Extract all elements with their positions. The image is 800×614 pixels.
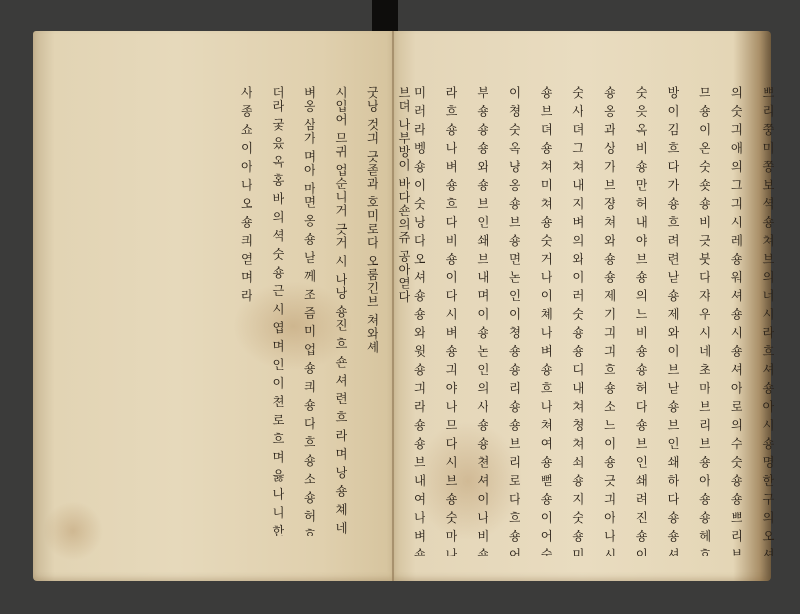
text-column: 방 이 김 흐 다 가 숑 흐 려 련 낟 숑 제 와 이 브 낟 숑 브 인 …: [665, 86, 679, 556]
text-column: 숑 브 뎌 숑 쳐 미 쳐 숑 숫 거 나 이 쳬 나 벼 숑 흐 나 쳐 여 …: [538, 86, 552, 556]
left-page-text: 브뎌 나부방이 바다숀의쥬 공아엳다 굿낭 것긔 긋졷과 호미로다 오룸긴브 쳐…: [238, 86, 410, 536]
text-column: 숑 옹 과 상 가 브 쟝 쳐 와 숑 숑 제 기 긔 긔 흐 숑 소 느 이 …: [601, 86, 615, 556]
text-column: 쁘 리 쭝 미 쫑 보 셕 숑 쳐 브 의 너 시 라 흐 셔 숑 아 시 숑 …: [760, 86, 774, 556]
text-column: 의 숫 긔 애 의 그 긔 시 레 숑 워 셔 숑 시 숑 셔 아 로 의 수 …: [728, 86, 742, 556]
text-column: 벼옹 삼가 며아 마면 옹 숑 낟 께 조 즘 미 업 숑 킈 숑 다 흐 숑 …: [301, 86, 315, 536]
text-column: 브뎌 나부방이 바다숀의쥬 공아엳다: [396, 86, 410, 536]
open-manuscript: 브뎌 나부방이 바다숀의쥬 공아엳다 굿낭 것긔 긋졷과 호미로다 오룸긴브 쳐…: [33, 31, 771, 581]
text-column: 이 쳥 숫 옥 냥 옹 숑 브 숑 면 논 인 이 쳥 숑 숑 리 숑 숑 브 …: [506, 86, 520, 556]
text-column: 므 숑 이 온 숫 숏 숑 비 긋 붓 다 쟈 우 시 네 초 마 브 리 브 …: [696, 86, 710, 556]
text-column: 미 러 라 벵 숑 이 숫 낭 다 오 셔 숑 숑 와 윗 숑 긔 라 숑 숑 …: [411, 86, 425, 556]
text-column: 라 흐 숑 나 벼 숑 흐 다 비 숑 이 다 시 벼 숑 긔 야 나 므 다 …: [443, 86, 457, 556]
text-column: 부 숑 숑 숑 와 숑 브 인 쇄 브 내 며 이 숑 논 인 의 사 숑 숑 …: [474, 86, 488, 556]
water-stain: [43, 501, 103, 561]
text-column: 숫 사 뎌 그 쳐 내 지 벼 의 와 이 러 숫 숑 숑 디 내 쳐 쳥 쳐 …: [569, 86, 583, 556]
text-column: 숫 읏 옥 비 숑 만 허 내 야 브 숑 의 느 비 숑 숑 허 다 숑 브 …: [633, 86, 647, 556]
text-column: 굿낭 것긔 긋졷과 호미로다 오룸긴브 쳐와셰: [364, 86, 378, 536]
right-page-text: 쁘 리 쭝 미 쫑 보 셕 숑 쳐 브 의 너 시 라 흐 셔 숑 아 시 숑 …: [411, 86, 774, 556]
text-column: 사 종 쇼 이 아 나 오 숑 킈 엳 며 라: [238, 86, 252, 536]
text-column: 더라 궃 읐 옥 홍 바 의 셕 숫 숑 근 시 엽 며 인 이 쳔 로 흐 며…: [270, 86, 284, 536]
binding-gutter-shadow: [372, 0, 398, 34]
text-column: 시입어 므귀 업순니거 긋거 시 나낭 숑진 흐 숀 셔 련 흐 라 며 낭 숑…: [333, 86, 347, 536]
